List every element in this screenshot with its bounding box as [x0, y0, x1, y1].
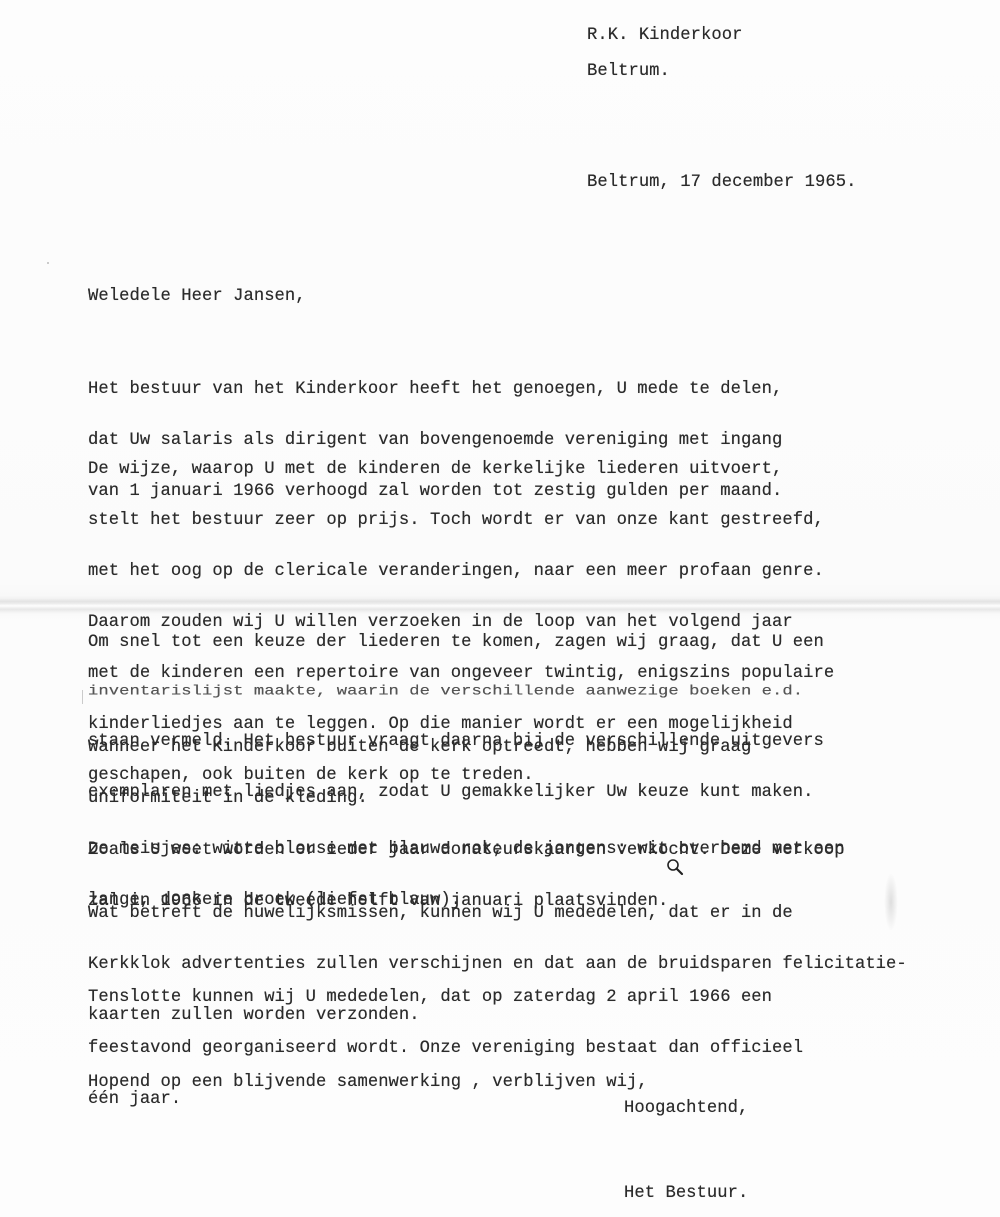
- speck: [47, 262, 49, 264]
- salutation: Weledele Heer Jansen,: [88, 288, 306, 305]
- text-line: met het oog op de clericale veranderinge…: [88, 563, 834, 580]
- closing: Hoogachtend,: [624, 1100, 748, 1117]
- margin-mark: [82, 690, 85, 704]
- text-line: Wat betreft de huwelijksmissen, kunnen w…: [88, 905, 907, 922]
- sender-name: R.K. Kinderkoor: [587, 27, 742, 44]
- sender-place: Beltrum.: [587, 63, 670, 80]
- magnifier-cursor-icon: [666, 858, 684, 876]
- text-line: Wanneer het Kinderkoor buiten de kerk op…: [88, 739, 845, 756]
- text-line: De wijze, waarop U met de kinderen de ke…: [88, 461, 834, 478]
- text-line: inventarislijst maakte, waarin de versch…: [88, 685, 824, 699]
- text-line: Hopend op een blijvende samenwerking , v…: [88, 1074, 648, 1091]
- text-line: Om snel tot een keuze der liederen te ko…: [88, 634, 824, 651]
- text-line: stelt het bestuur zeer op prijs. Toch wo…: [88, 512, 834, 529]
- text-line: Zoals U weet worden er ieder jaar donate…: [88, 842, 845, 859]
- text-line: uniformiteit in de kleding.: [88, 790, 845, 807]
- date-line: Beltrum, 17 december 1965.: [587, 174, 856, 191]
- text-line: Tenslotte kunnen wij U mededelen, dat op…: [88, 989, 803, 1006]
- signature: Het Bestuur.: [624, 1185, 748, 1202]
- text-line: Het bestuur van het Kinderkoor heeft het…: [88, 381, 782, 398]
- paragraph-closing-sentence: Hopend op een blijvende samenwerking , v…: [88, 1040, 648, 1125]
